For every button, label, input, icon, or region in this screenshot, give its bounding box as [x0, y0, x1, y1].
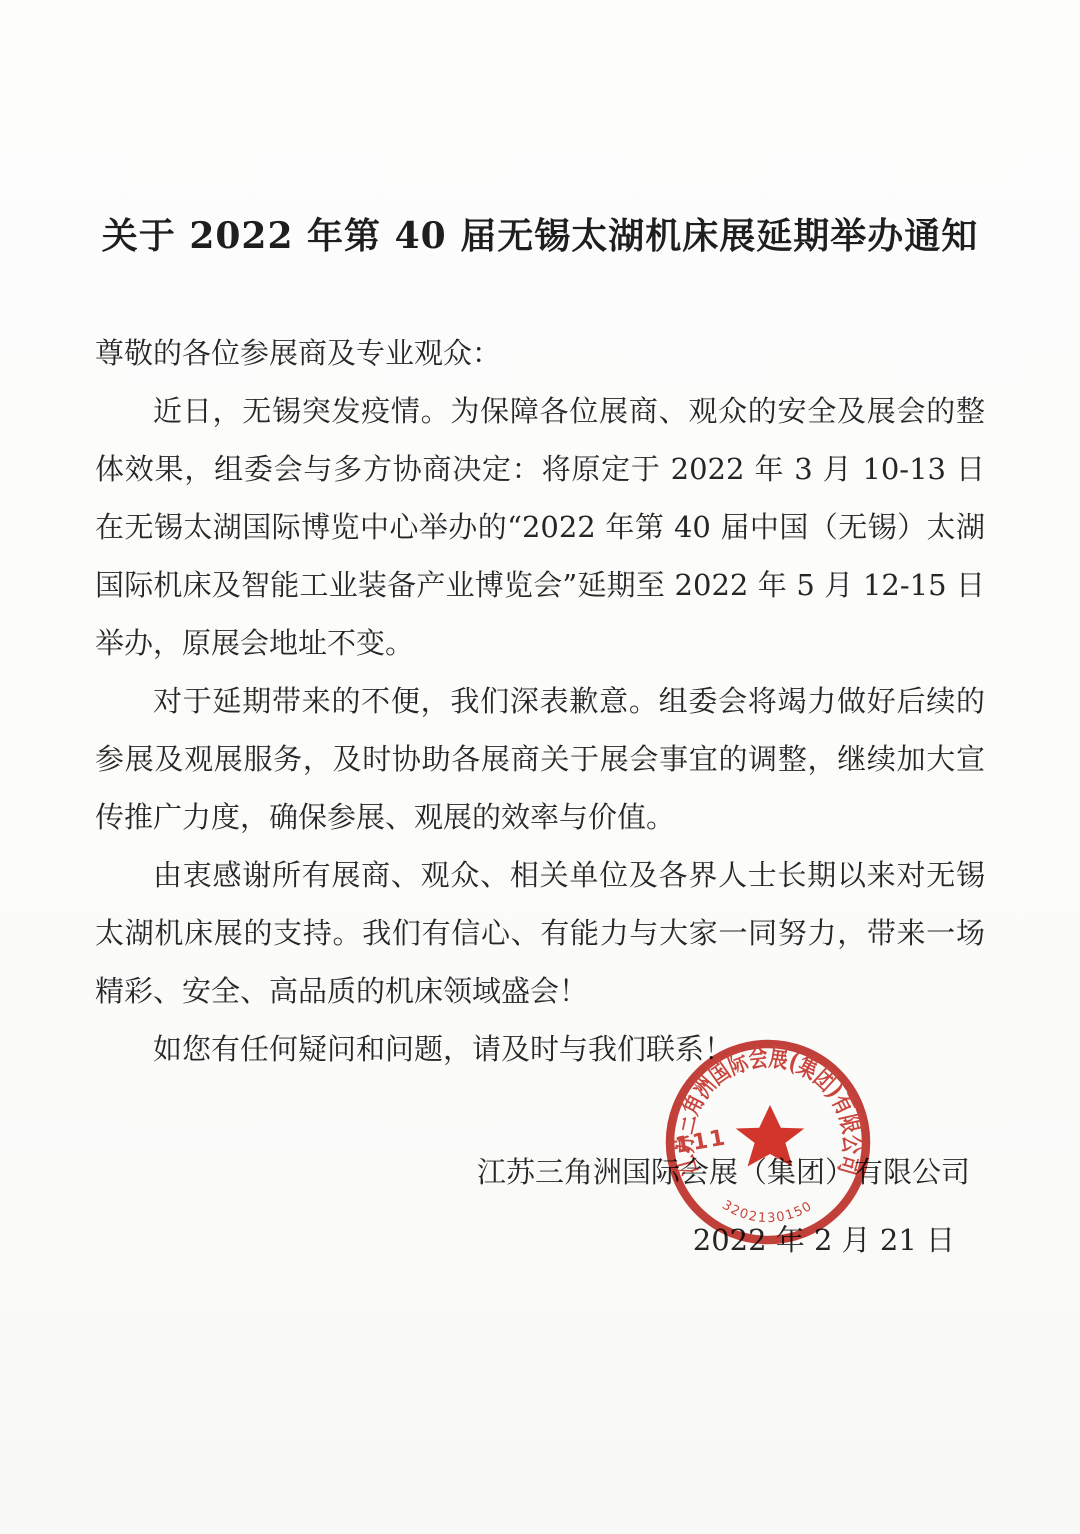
body-paragraph-3: 由衷感谢所有展商、观众、相关单位及各界人士长期以来对无锡太湖机床展的支持。我们有… [95, 846, 985, 1020]
letter-body: 尊敬的各位参展商及专业观众： 近日，无锡突发疫情。为保障各位展商、观众的安全及展… [95, 324, 985, 1078]
body-paragraph-1: 近日，无锡突发疫情。为保障各位展商、观众的安全及展会的整体效果，组委会与多方协商… [95, 382, 985, 672]
company-signature: 江苏三角洲国际会展（集团）有限公司 [477, 1143, 970, 1201]
signature-block: 江苏三角洲国际会展（集团）有限公司 2022 年 2 月 21 日 [477, 1143, 970, 1269]
letter-content: 关于 2022 年第 40 届无锡太湖机床展延期举办通知 尊敬的各位参展商及专业… [0, 208, 1080, 1078]
salutation: 尊敬的各位参展商及专业观众： [95, 324, 985, 382]
body-paragraph-4: 如您有任何疑问和问题，请及时与我们联系！ [95, 1020, 985, 1078]
signature-date: 2022 年 2 月 21 日 [477, 1211, 970, 1269]
body-paragraph-2: 对于延期带来的不便，我们深表歉意。组委会将竭力做好后续的参展及观展服务，及时协助… [95, 672, 985, 846]
page-title: 关于 2022 年第 40 届无锡太湖机床展延期举办通知 [95, 208, 985, 259]
notice-document: 关于 2022 年第 40 届无锡太湖机床展延期举办通知 尊敬的各位参展商及专业… [0, 0, 1080, 1534]
